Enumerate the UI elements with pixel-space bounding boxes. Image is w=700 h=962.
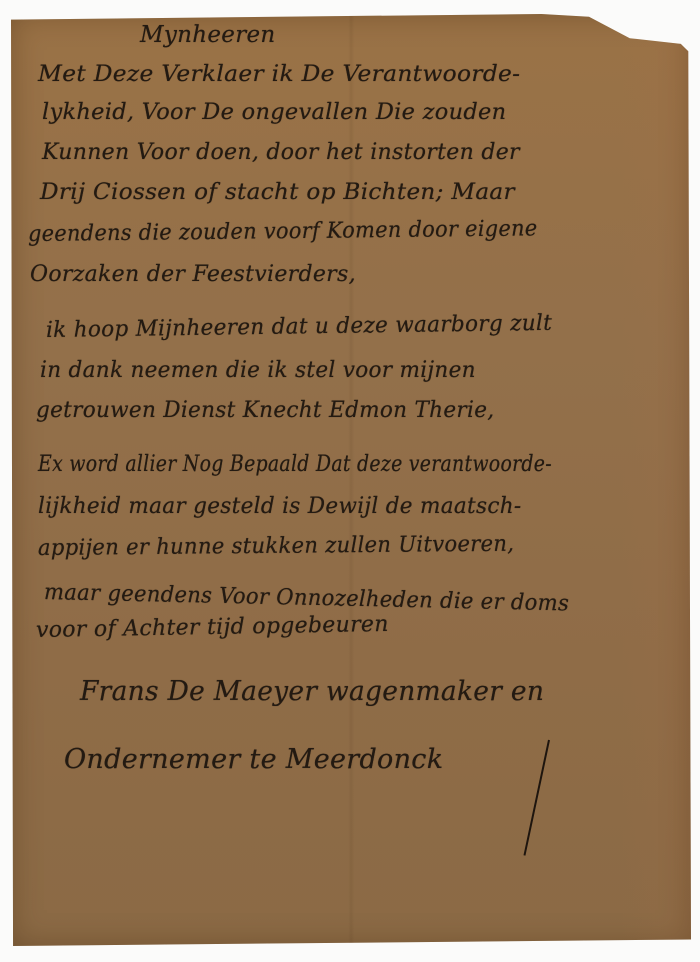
salutation: Mynheeren [140, 22, 276, 48]
text-line: Kunnen Voor doen, door het instorten der [42, 140, 520, 165]
text-line: getrouwen Dienst Knecht Edmon Therie, [36, 398, 494, 423]
text-line: lijkheid maar gesteld is Dewijl de maats… [38, 494, 521, 519]
text-line: appijen er hunne stukken zullen Uitvoere… [38, 532, 514, 561]
text-line: Oorzaken der Feestvierders, [30, 262, 356, 287]
signature-line: Frans De Maeyer wagenmaker en [80, 676, 544, 707]
text-line: lykheid, Voor De ongevallen Die zouden [42, 100, 506, 125]
text-line: in dank neemen die ik stel voor mijnen [40, 358, 476, 383]
text-line: Drij Ciossen of stacht op Bichten; Maar [40, 180, 515, 205]
text-line: Ex word allier Nog Bepaald Dat deze vera… [38, 452, 552, 477]
text-line: Met Deze Verklaer ik De Verantwoorde- [38, 62, 520, 87]
signature-line: Ondernemer te Meerdonck [64, 744, 443, 775]
